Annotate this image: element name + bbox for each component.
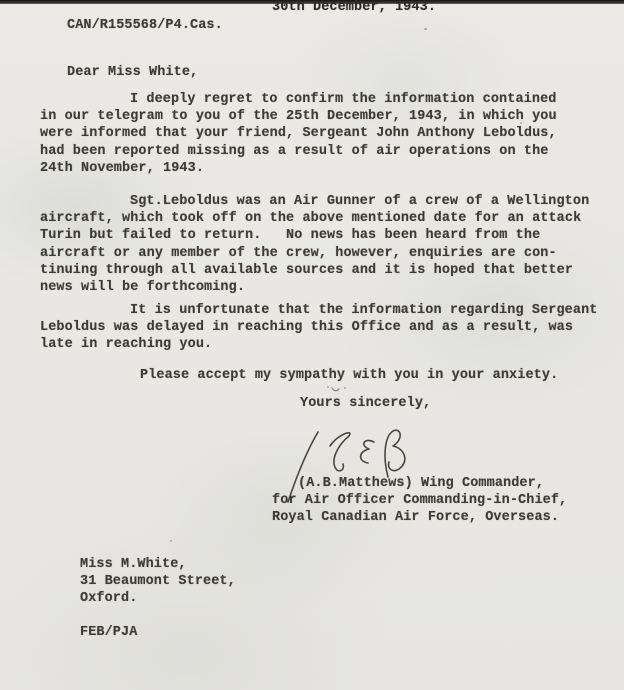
body-paragraph-1: I deeply regret to confirm the informati… bbox=[40, 91, 557, 177]
body-paragraph-3: It is unfortunate that the information r… bbox=[40, 302, 597, 354]
reference-number: CAN/R155568/P4.Cas. bbox=[67, 17, 223, 34]
letter-page: 30th December, 1943. CAN/R155568/P4.Cas.… bbox=[0, 0, 624, 690]
recipient-address: Miss M.White, 31 Beaumont Street, Oxford… bbox=[80, 556, 236, 608]
paper-speck bbox=[424, 28, 427, 30]
stray-ink-mark bbox=[326, 384, 350, 396]
sympathy-line: Please accept my sympathy with you in yo… bbox=[140, 367, 558, 384]
salutation: Dear Miss White, bbox=[67, 64, 198, 81]
paper-speck bbox=[520, 122, 522, 124]
letter-date: 30th December, 1943. bbox=[272, 0, 436, 16]
typist-initials: FEB/PJA bbox=[80, 624, 137, 641]
paper-speck bbox=[170, 540, 172, 542]
typed-signature-block: (A.B.Matthews) Wing Commander, for Air O… bbox=[272, 475, 567, 527]
closing-valediction: Yours sincerely, bbox=[300, 395, 431, 412]
body-paragraph-2: Sgt.Leboldus was an Air Gunner of a crew… bbox=[40, 193, 589, 296]
